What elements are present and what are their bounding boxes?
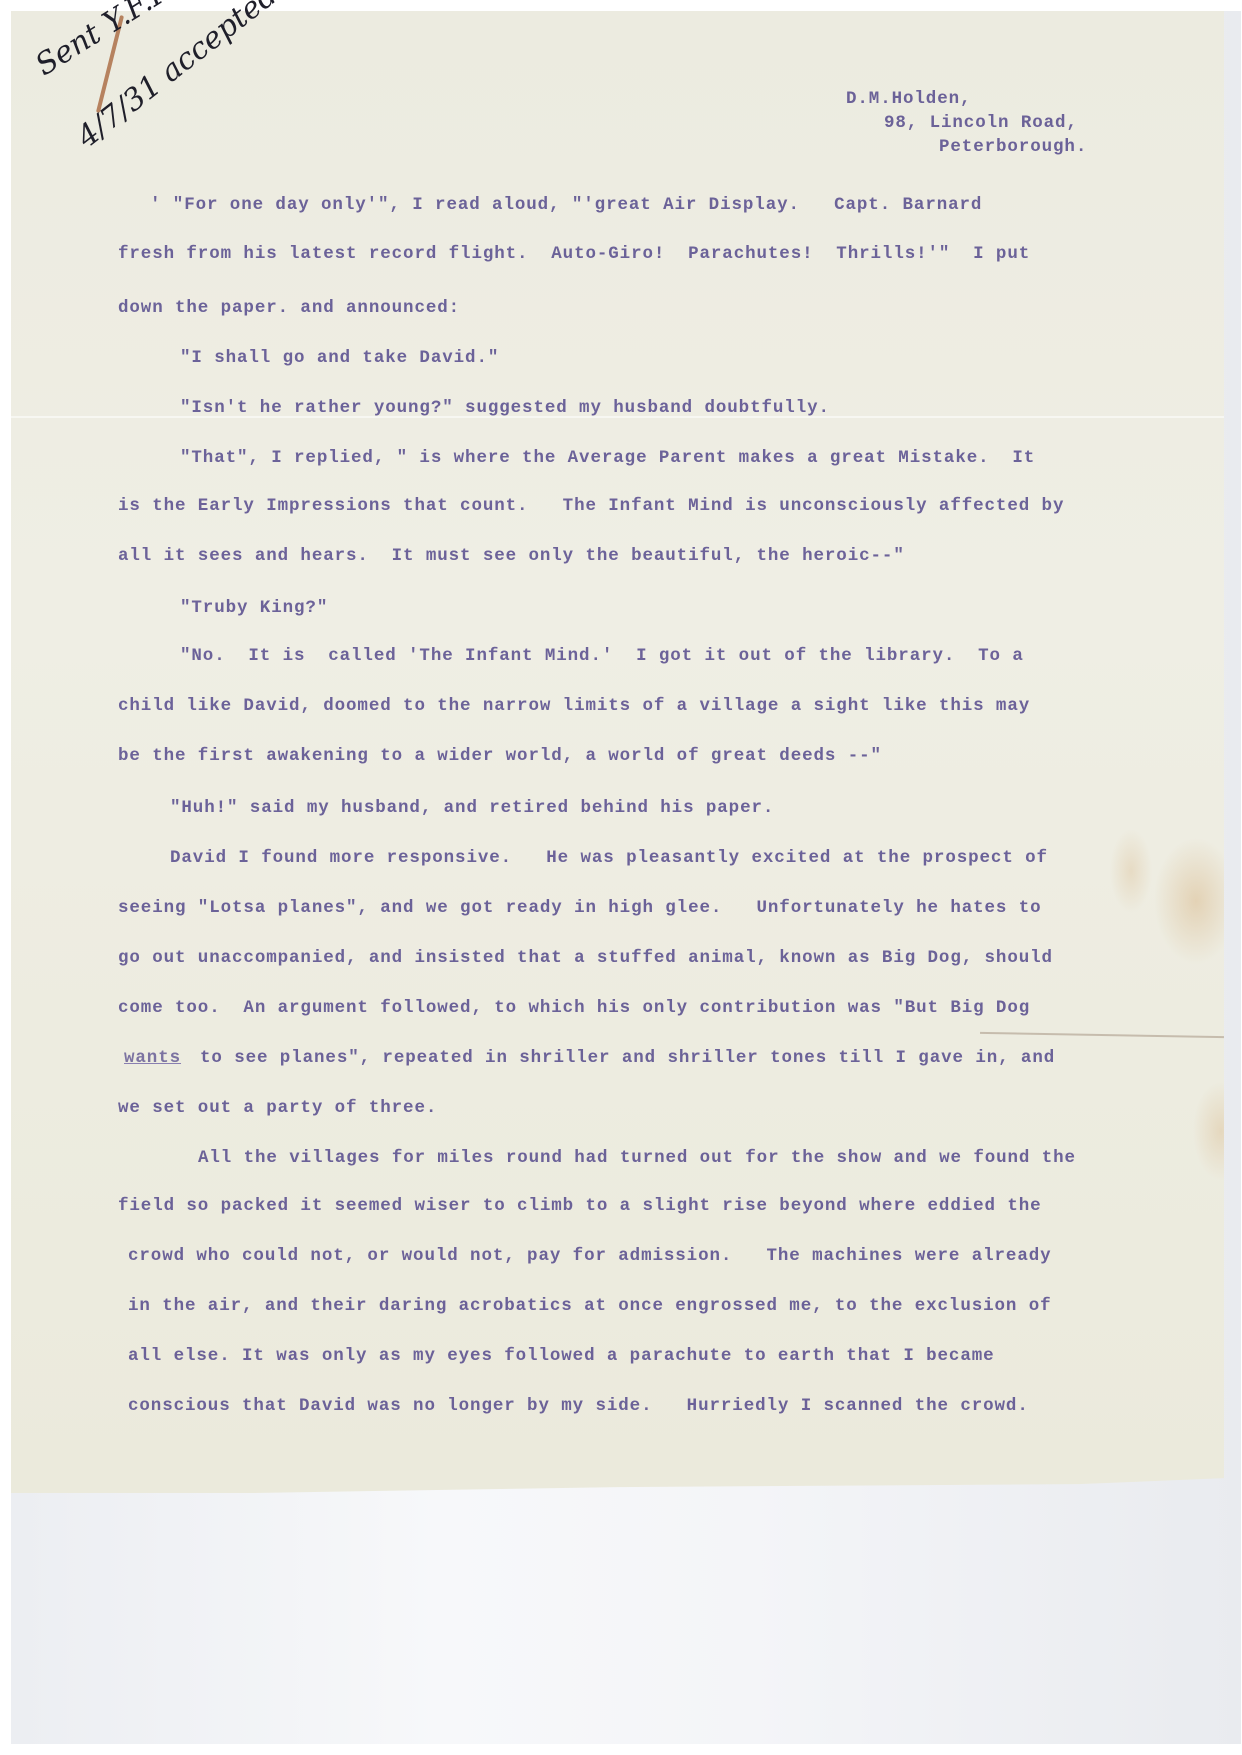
text-line: "Truby King?": [180, 598, 328, 618]
text-line: "Huh!" said my husband, and retired behi…: [170, 798, 774, 818]
text-line: all else. It was only as my eyes followe…: [128, 1346, 995, 1366]
text-line: David I found more responsive. He was pl…: [170, 848, 1048, 868]
text-line: fresh from his latest record flight. Aut…: [118, 244, 1030, 264]
text-line: go out unaccompanied, and insisted that …: [118, 948, 1053, 968]
text-line: conscious that David was no longer by my…: [128, 1396, 1029, 1416]
author-street: 98, Lincoln Road,: [884, 112, 1078, 135]
text-line: "No. It is called 'The Infant Mind.' I g…: [180, 646, 1024, 666]
underlined-word: wants: [124, 1048, 181, 1068]
author-name: D.M.Holden,: [846, 88, 971, 111]
text-line: "I shall go and take David.": [180, 348, 499, 368]
text-line: down the paper. and announced:: [118, 298, 460, 318]
text-line: is the Early Impressions that count. The…: [118, 496, 1064, 516]
text-line: ' "For one day only'", I read aloud, "'g…: [150, 195, 982, 215]
text-line: seeing "Lotsa planes", and we got ready …: [118, 898, 1042, 918]
text-line: All the villages for miles round had tur…: [198, 1148, 1076, 1168]
text-line: be the first awakening to a wider world,…: [118, 746, 882, 766]
text-line: "That", I replied, " is where the Averag…: [180, 448, 1035, 468]
text-line: come too. An argument followed, to which…: [118, 998, 1030, 1018]
text-line: child like David, doomed to the narrow l…: [118, 696, 1030, 716]
text-line: "Isn't he rather young?" suggested my hu…: [180, 398, 830, 418]
author-city: Peterborough.: [939, 136, 1087, 159]
text-line: crowd who could not, or would not, pay f…: [128, 1246, 1052, 1266]
text-line: all it sees and hears. It must see only …: [118, 546, 905, 566]
text-line: we set out a party of three.: [118, 1098, 437, 1118]
text-line: wantsto see planes", repeated in shrille…: [200, 1048, 1055, 1068]
text-line: in the air, and their daring acrobatics …: [128, 1296, 1052, 1316]
text-line: field so packed it seemed wiser to climb…: [118, 1196, 1042, 1216]
